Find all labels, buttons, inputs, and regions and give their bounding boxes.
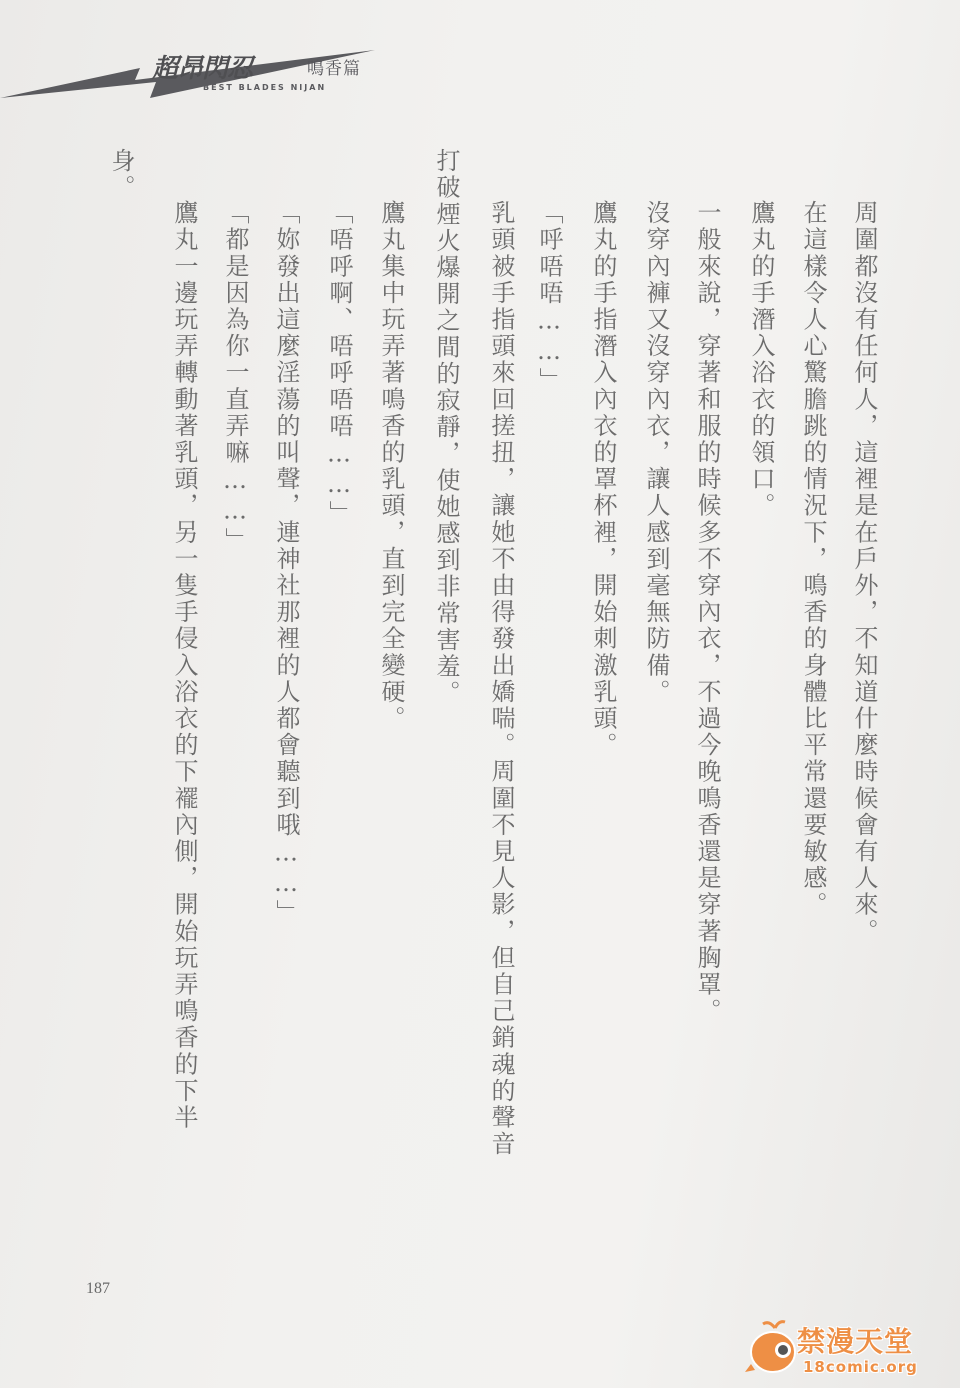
dialogue-column: 「呼唔唔……」 xyxy=(534,200,564,394)
text-column: 沒穿內褲又沒穿內衣，讓人感到毫無防備。 xyxy=(641,200,671,705)
book-header-logo: 超昂閃忍 鳴香篇 BEST BLADES NIJAN xyxy=(0,40,400,110)
watermark-name: 禁漫天堂 xyxy=(797,1320,913,1360)
text-column: 乳頭被手指頭來回搓扭，讓她不由得發出嬌喘。周圍不見人影，但自己銷魂的聲音 xyxy=(486,200,516,1158)
series-subtitle: 鳴香篇 xyxy=(307,54,361,79)
text-column: 身。 xyxy=(106,148,136,201)
text-column: 打破煙火爆開之間的寂靜，使她感到非常害羞。 xyxy=(431,148,461,707)
dialogue-column: 「都是因為你一直弄嘛……」 xyxy=(220,200,250,554)
text-column: 鷹丸一邊玩弄轉動著乳頭，另一隻手侵入浴衣的下襬內側，開始玩弄鳴香的下半 xyxy=(169,200,199,1131)
watermark: 禁漫天堂 18comic.org xyxy=(745,1318,955,1382)
series-english-title: BEST BLADES NIJAN xyxy=(203,83,326,92)
text-column: 一般來說，穿著和服的時候多不穿內衣，不過今晚鳴香還是穿著胸罩。 xyxy=(692,200,722,1025)
mascot-icon xyxy=(745,1320,805,1380)
text-column: 在這樣令人心驚膽跳的情況下，鳴香的身體比平常還要敏感。 xyxy=(798,200,828,918)
text-column: 周圍都沒有任何人，這裡是在戶外，不知道什麼時候會有人來。 xyxy=(849,200,879,945)
text-column: 鷹丸的手潛入浴衣的領口。 xyxy=(746,200,776,519)
text-column: 鷹丸集中玩弄著鳴香的乳頭，直到完全變硬。 xyxy=(376,200,406,732)
watermark-url: 18comic.org xyxy=(803,1358,918,1376)
dialogue-column: 「妳發出這麼淫蕩的叫聲，連神社那裡的人都會聽到哦……」 xyxy=(271,200,301,926)
dialogue-column: 「唔呼啊、唔呼唔唔……」 xyxy=(324,200,354,527)
series-title: 超昂閃忍 xyxy=(152,48,252,85)
text-column: 鷹丸的手指潛入內衣的罩杯裡，開始刺激乳頭。 xyxy=(588,200,618,759)
page-number: 187 xyxy=(86,1280,110,1298)
